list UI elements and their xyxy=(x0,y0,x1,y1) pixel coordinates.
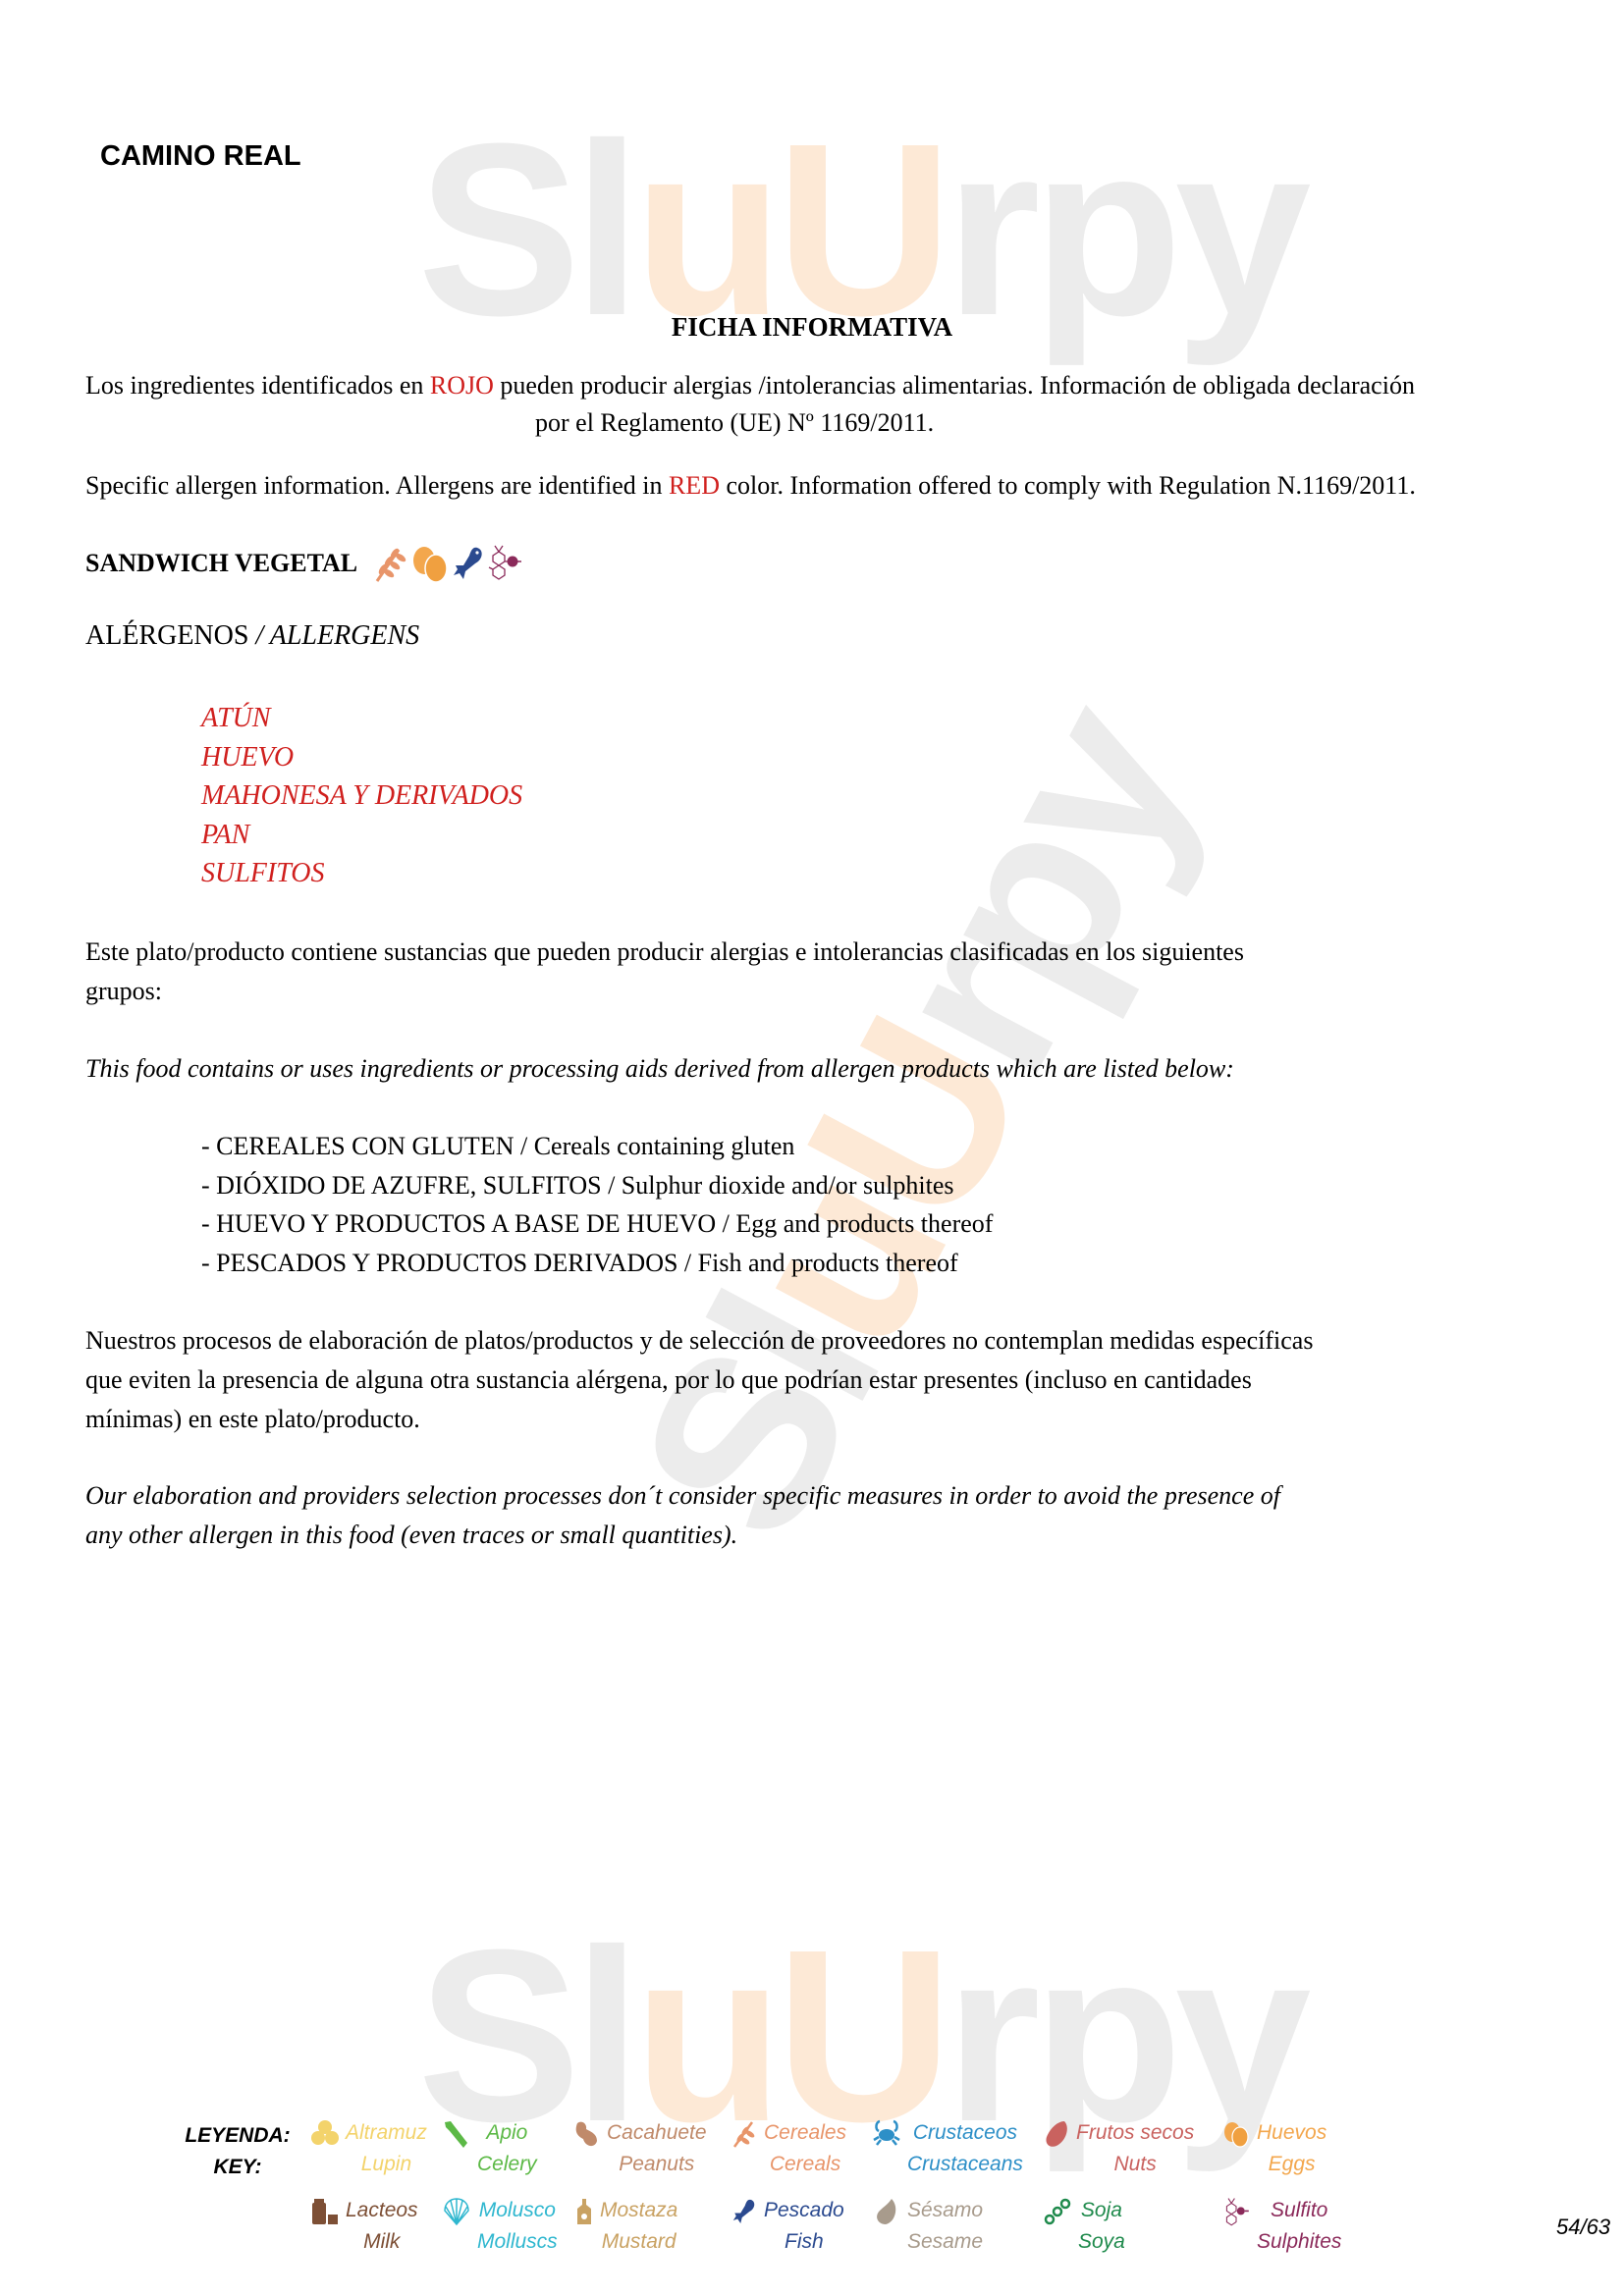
lupin-icon xyxy=(310,2119,340,2147)
list-item: - DIÓXIDO DE AZUFRE, SULFITOS / Sulphur … xyxy=(201,1166,993,1205)
contains-es: Este plato/producto contiene sustancias … xyxy=(85,933,1244,1011)
cereals-icon xyxy=(731,2119,758,2149)
allergen-group-list: - CEREALES CON GLUTEN / Cereals containi… xyxy=(201,1127,993,1282)
legend-label: LEYENDA: KEY: xyxy=(184,2120,292,2183)
dish-allergen-icons xyxy=(371,543,522,584)
soy-icon xyxy=(1043,2197,1072,2226)
disclaimer-en: Our elaboration and providers selection … xyxy=(85,1476,1280,1555)
legend-item-milk: LacteosMilk xyxy=(310,2195,418,2258)
red-keyword: ROJO xyxy=(430,371,494,400)
list-item: - PESCADOS Y PRODUCTOS DERIVADOS / Fish … xyxy=(201,1244,993,1283)
intro-es-line2: por el Reglamento (UE) Nº 1169/2011. xyxy=(535,403,934,443)
legend-item-eggs: HuevosEggs xyxy=(1221,2117,1326,2180)
legend-item-celery: ApioCelery xyxy=(442,2117,537,2180)
list-item: SULFITOS xyxy=(201,854,522,893)
allergen-ingredient-list: ATÚN HUEVO MAHONESA Y DERIVADOS PAN SULF… xyxy=(201,699,522,893)
intro-es: Los ingredientes identificados en ROJO p… xyxy=(85,366,1415,405)
legend-item-fish: PescadoFish xyxy=(731,2195,844,2258)
watermark-logo: SluUrpy xyxy=(417,1895,1304,2176)
legend-item-nuts: Frutos secosNuts xyxy=(1043,2117,1194,2180)
legend-item-lupin: AltramuzLupin xyxy=(310,2117,427,2180)
fish-icon xyxy=(731,2197,758,2226)
eggs-icon xyxy=(1221,2119,1251,2149)
contains-en: This food contains or uses ingredients o… xyxy=(85,1049,1234,1089)
sesame-icon xyxy=(872,2197,901,2226)
peanut-icon xyxy=(571,2119,601,2149)
red-keyword: RED xyxy=(669,471,720,500)
dish-title: SANDWICH VEGETAL xyxy=(85,543,522,584)
legend-item-molluscs: MoluscoMolluscs xyxy=(442,2195,558,2258)
allergens-heading: ALÉRGENOS / ALLERGENS xyxy=(85,620,419,652)
list-item: MAHONESA Y DERIVADOS xyxy=(201,776,522,816)
watermark-logo: SluUrpy xyxy=(582,666,1247,1580)
legend-item-crustaceans: CrustaceosCrustaceans xyxy=(872,2117,1023,2180)
cereals-icon xyxy=(371,544,408,583)
list-item: HUEVO xyxy=(201,738,522,777)
sulphites-icon xyxy=(1221,2197,1251,2228)
legend-item-sesame: SésamoSesame xyxy=(872,2195,983,2258)
legend-item-soya: SojaSoya xyxy=(1043,2195,1125,2258)
fish-icon xyxy=(452,544,485,583)
crab-icon xyxy=(872,2119,901,2147)
list-item: - HUEVO Y PRODUCTOS A BASE DE HUEVO / Eg… xyxy=(201,1204,993,1244)
eggs-icon xyxy=(410,543,450,584)
intro-en: Specific allergen information. Allergens… xyxy=(85,466,1416,506)
legend-item-peanuts: CacahuetePeanuts xyxy=(571,2117,707,2180)
legend-item-sulphites: SulfitoSulphites xyxy=(1221,2195,1341,2258)
list-item: ATÚN xyxy=(201,699,522,738)
mustard-icon xyxy=(574,2197,594,2226)
legend-item-mustard: MostazaMustard xyxy=(574,2195,677,2258)
restaurant-name: CAMINO REAL xyxy=(100,140,301,173)
milk-icon xyxy=(310,2197,340,2226)
sulphites-icon xyxy=(487,544,522,583)
page-number: 54/63 xyxy=(1556,2215,1610,2240)
disclaimer-es: Nuestros procesos de elaboración de plat… xyxy=(85,1321,1313,1439)
legend-item-cereals: CerealesCereals xyxy=(731,2117,846,2180)
page-title: FICHA INFORMATIVA xyxy=(0,312,1624,343)
dish-name: SANDWICH VEGETAL xyxy=(85,549,357,578)
nut-icon xyxy=(1043,2119,1070,2149)
shell-icon xyxy=(442,2197,471,2226)
list-item: PAN xyxy=(201,816,522,855)
celery-icon xyxy=(442,2119,471,2149)
list-item: - CEREALES CON GLUTEN / Cereals containi… xyxy=(201,1127,993,1166)
